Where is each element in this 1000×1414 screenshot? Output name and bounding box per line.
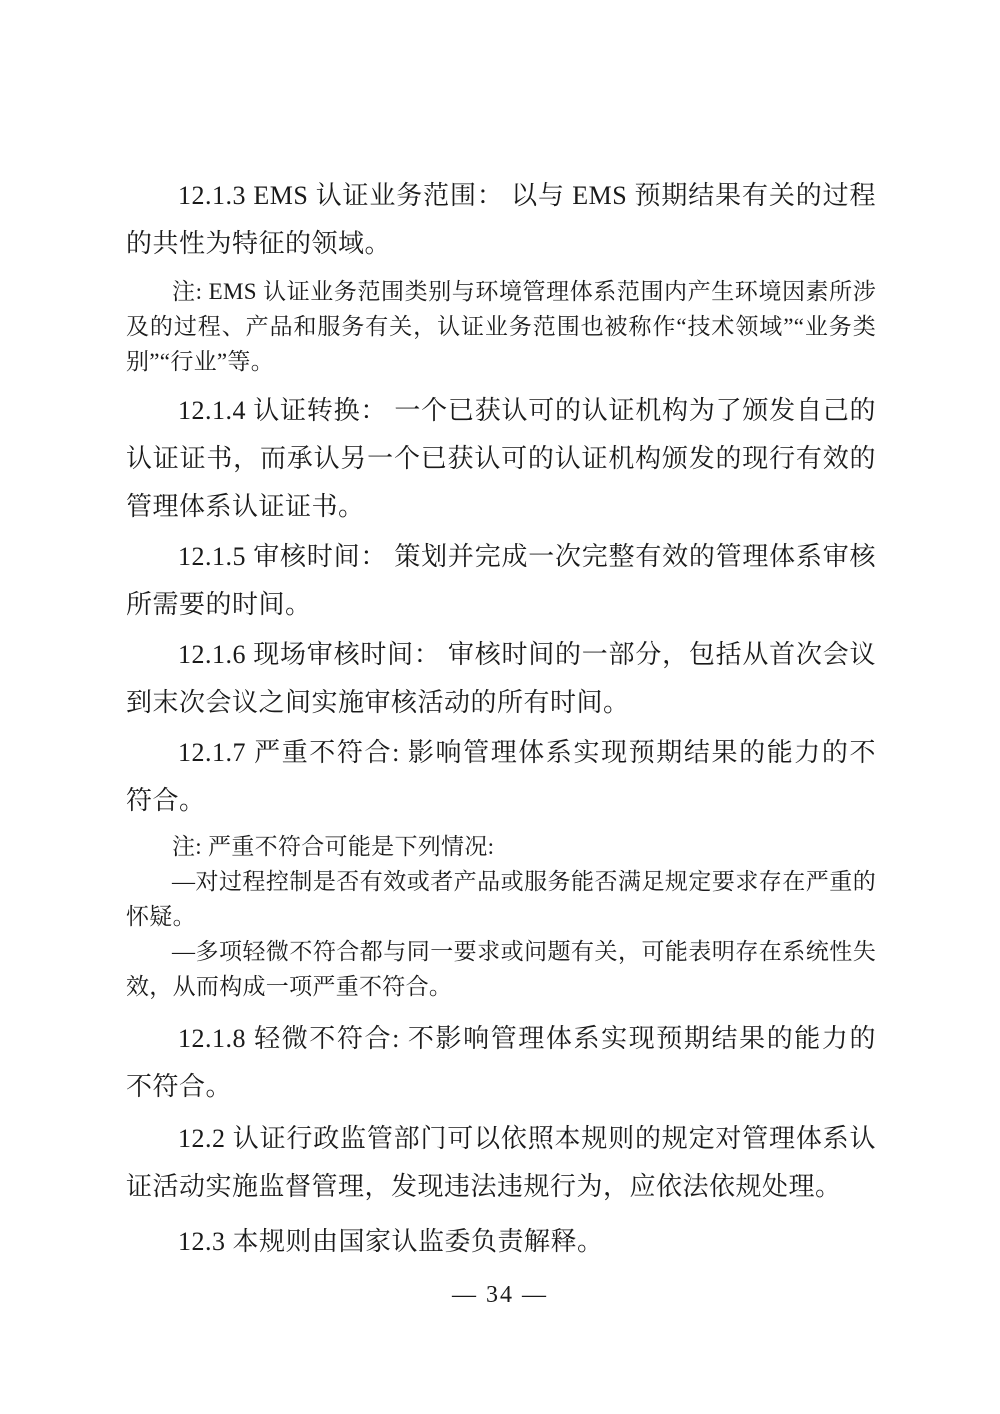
document-body: 12.1.3 EMS 认证业务范围： 以与 EMS 预期结果有关的过程的共性为特…	[126, 172, 876, 1266]
para-12-2: 12.2 认证行政监管部门可以依照本规则的规定对管理体系认证活动实施监督管理，发…	[126, 1115, 876, 1211]
note-12-1-3: 注: EMS 认证业务范围类别与环境管理体系范围内产生环境因素所涉及的过程、产品…	[126, 274, 876, 379]
page-number: — 34 —	[0, 1281, 1000, 1309]
note-12-1-7-item-2: —多项轻微不符合都与同一要求或问题有关，可能表明存在系统性失效，从而构成一项严重…	[126, 934, 876, 1004]
note-12-1-7-item-1: —对过程控制是否有效或者产品或服务能否满足规定要求存在严重的怀疑。	[126, 864, 876, 934]
para-12-1-5: 12.1.5 审核时间： 策划并完成一次完整有效的管理体系审核所需要的时间。	[126, 533, 876, 629]
para-12-3: 12.3 本规则由国家认监委负责解释。	[126, 1218, 876, 1266]
para-12-1-3: 12.1.3 EMS 认证业务范围： 以与 EMS 预期结果有关的过程的共性为特…	[126, 172, 876, 268]
para-12-1-6: 12.1.6 现场审核时间： 审核时间的一部分，包括从首次会议到末次会议之间实施…	[126, 631, 876, 727]
para-12-1-8: 12.1.8 轻微不符合: 不影响管理体系实现预期结果的能力的不符合。	[126, 1015, 876, 1111]
para-12-1-4: 12.1.4 认证转换： 一个已获认可的认证机构为了颁发自己的认证证书，而承认另…	[126, 387, 876, 531]
document-page: 12.1.3 EMS 认证业务范围： 以与 EMS 预期结果有关的过程的共性为特…	[0, 0, 1000, 1414]
note-12-1-7-intro: 注: 严重不符合可能是下列情况:	[126, 829, 876, 864]
para-12-1-7: 12.1.7 严重不符合: 影响管理体系实现预期结果的能力的不符合。	[126, 729, 876, 825]
